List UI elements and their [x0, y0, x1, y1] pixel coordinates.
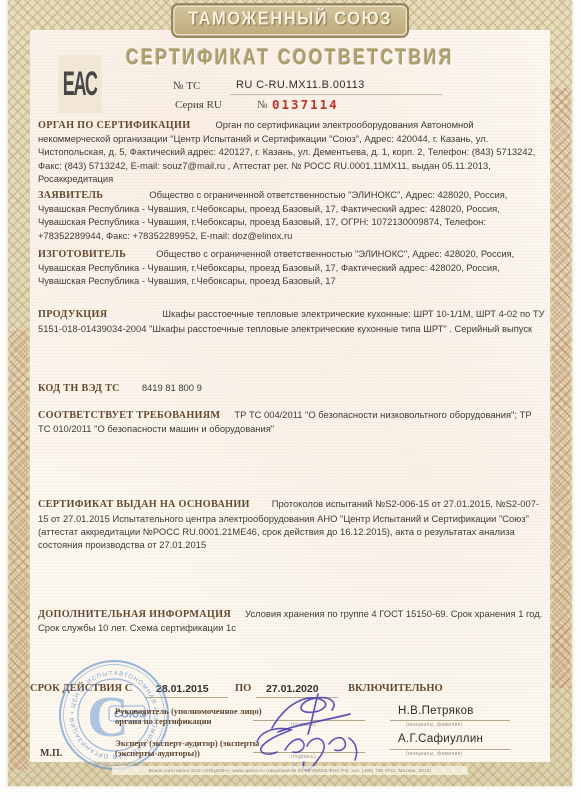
- label-gap: [103, 197, 149, 198]
- section-label: СООТВЕТСТВУЕТ ТРЕБОВАНИЯМ: [38, 410, 220, 421]
- section-label: ДОПОЛНИТЕЛЬНАЯ ИНФОРМАЦИЯ: [38, 609, 231, 620]
- expert-name: А.Г.Сафиуллин: [398, 733, 483, 745]
- label-gap: [107, 316, 162, 317]
- label-gap: [250, 506, 272, 507]
- certificate-body: ОРГАН ПО СЕРТИФИКАЦИИОрган по сертификац…: [38, 112, 546, 635]
- series-value: 0137114: [272, 97, 339, 112]
- section-label: ЗАЯВИТЕЛЬ: [38, 190, 103, 201]
- border-red-tint-right: [552, 88, 570, 688]
- certificate: ТАМОЖЕННЫЙ СОЮЗ СЕРТИФИКАТ СООТВЕТСТВИЯ …: [8, 0, 572, 786]
- section-certification-body: ОРГАН ПО СЕРТИФИКАЦИИОрган по сертификац…: [38, 118, 546, 185]
- section-label: КОД ТН ВЭД ТС: [38, 383, 120, 394]
- label-gap: [231, 616, 245, 617]
- blank-manufacturer-microtext: Бланк изготовлен ЗАО «ОПЦИОН», www.opcio…: [112, 766, 468, 775]
- section-text: Шкафы расстоечные тепловые электрические…: [38, 308, 545, 333]
- eac-logo: ЕАС: [58, 55, 102, 113]
- head-name: Н.В.Петряков: [398, 705, 474, 717]
- head-role-label: Руководитель (уполномоченное лицо) орган…: [115, 706, 265, 726]
- section-issued-on-basis: СЕРТИФИКАТ ВЫДАН НА ОСНОВАНИИПротоколов …: [38, 497, 546, 551]
- expert-name-caption: (инициалы, фамилия): [406, 751, 463, 757]
- section-applicant: ЗАЯВИТЕЛЬОбщество с ограниченной ответст…: [38, 188, 546, 242]
- head-name-caption: (инициалы, фамилия): [406, 722, 463, 728]
- section-additional-info: ДОПОЛНИТЕЛЬНАЯ ИНФОРМАЦИЯУсловия хранени…: [38, 607, 546, 634]
- cert-number-value: RU C-RU.MX11.B.00113: [236, 79, 365, 91]
- section-label: ИЗГОТОВИТЕЛЬ: [38, 249, 126, 260]
- section-manufacturer: ИЗГОТОВИТЕЛЬОбщество с ограниченной отве…: [38, 247, 546, 288]
- expert-name-line: [390, 749, 510, 750]
- section-text: 8419 81 800 9: [142, 382, 202, 393]
- section-tn-ved-code: КОД ТН ВЭД ТС8419 81 800 9: [38, 381, 546, 395]
- expert-role-label: Эксперт (эксперт-аудитор) (эксперты (экс…: [115, 738, 265, 758]
- section-label: ПРОДУКЦИЯ: [38, 309, 107, 320]
- customs-union-banner: ТАМОЖЕННЫЙ СОЮЗ: [171, 3, 409, 38]
- series-number-sign: №: [257, 99, 268, 111]
- label-gap: [120, 390, 142, 391]
- eac-mark-icon: ЕАС: [63, 64, 97, 104]
- expert-signature: [251, 722, 373, 772]
- validity-to-label: ПО: [235, 683, 251, 694]
- mp-seal-label: М.П.: [40, 748, 62, 759]
- label-gap: [126, 256, 156, 257]
- scan-page: { "header": { "customs_union": "ТАМОЖЕНН…: [0, 0, 581, 800]
- section-product: ПРОДУКЦИЯШкафы расстоечные тепловые элек…: [38, 307, 546, 334]
- section-complies-with: СООТВЕТСТВУЕТ ТРЕБОВАНИЯМТР ТС 004/2011 …: [38, 408, 546, 435]
- series-label: Серия RU: [175, 99, 222, 111]
- section-label: СЕРТИФИКАТ ВЫДАН НА ОСНОВАНИИ: [38, 499, 250, 510]
- border-red-tint-left: [10, 330, 28, 770]
- section-label: ОРГАН ПО СЕРТИФИКАЦИИ: [38, 120, 190, 131]
- cert-number-label: № ТС: [173, 80, 200, 92]
- label-gap: [220, 417, 234, 418]
- cert-number-underline: [230, 94, 442, 95]
- head-name-line: [390, 720, 510, 721]
- label-gap: [190, 127, 215, 128]
